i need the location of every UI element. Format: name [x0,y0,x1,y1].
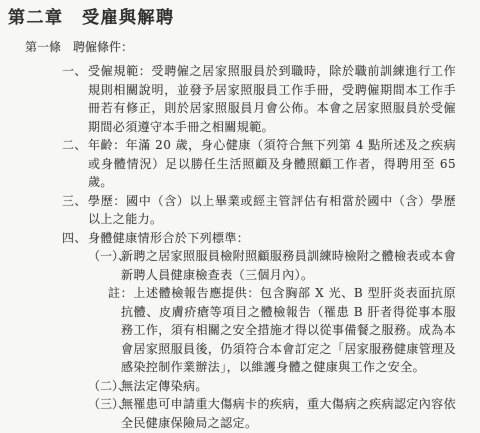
list-item-1: 一、 受僱規範：受聘僱之居家照服員於到職時，除於職前訓練進行工作規則相關說明，並… [62,62,456,136]
sub-condition-list: （一）、 新聘之居家照服員檢附照顧服務員訓練時檢附之體檢表或本會新聘人員健康檢查… [88,247,456,432]
chapter-title: 第二章 受雇與解聘 [8,6,456,30]
item-text: 年齡：年滿 20 歲，身心健康（須符合無下列第 4 點所述及之疾病或身體情況）足… [88,136,456,192]
list-item-3: 三、 學歷：國中（含）以上畢業或經主管評估有相當於國中（含）學歷以上之能力。 [62,192,456,229]
sub-item-text: 新聘之居家照服員檢附照顧服務員訓練時檢附之體檢表或本會新聘人員健康檢查表（三個月… [121,247,456,284]
list-item-4: 四、 身體健康情形合於下列標準： （一）、 新聘之居家照服員檢附照顧服務員訓練時… [62,229,456,433]
sub-item-3: （三）、 無罹患可申請重大傷病卡的疾病，重大傷病之疾病認定內容依全民健康保險局之… [88,395,456,432]
sub-item-text: 無法定傳染病。 [121,377,456,396]
condition-list: 一、 受僱規範：受聘僱之居家照服員於到職時，除於職前訓練進行工作規則相關說明，並… [62,62,456,432]
item-marker: 二、 [62,136,88,192]
item-text: 受僱規範：受聘僱之居家照服員於到職時，除於職前訓練進行工作規則相關說明，並發予居… [88,62,456,136]
item-body: 身體健康情形合於下列標準： （一）、 新聘之居家照服員檢附照顧服務員訓練時檢附之… [88,229,456,433]
sub-item-text: 無罹患可申請重大傷病卡的疾病，重大傷病之疾病認定內容依全民健康保險局之認定。 [121,395,456,432]
sub-item-body: 新聘之居家照服員檢附照顧服務員訓練時檢附之體檢表或本會新聘人員健康檢查表（三個月… [121,247,456,377]
article-heading: 第一條 聘僱條件： [25,40,456,54]
item-marker: 四、 [62,229,88,433]
item-text: 身體健康情形合於下列標準： [88,229,456,248]
document-page: 第二章 受雇與解聘 第一條 聘僱條件： 一、 受僱規範：受聘僱之居家照服員於到職… [0,0,480,433]
sub-item-marker: （三）、 [88,395,121,432]
list-item-2: 二、 年齡：年滿 20 歲，身心健康（須符合無下列第 4 點所述及之疾病或身體情… [62,136,456,192]
item-text: 學歷：國中（含）以上畢業或經主管評估有相當於國中（含）學歷以上之能力。 [88,192,456,229]
sub-item-2: （二）、 無法定傳染病。 [88,377,456,396]
sub-item-marker: （二）、 [88,377,121,396]
item-marker: 一、 [62,62,88,136]
note-paragraph: 註：上述體檢報告應提供：包含胸部 X 光、B 型肝炎表面抗原抗體、皮膚疥瘡等項目… [108,284,456,377]
sub-item-1: （一）、 新聘之居家照服員檢附照顧服務員訓練時檢附之體檢表或本會新聘人員健康檢查… [88,247,456,377]
item-marker: 三、 [62,192,88,229]
